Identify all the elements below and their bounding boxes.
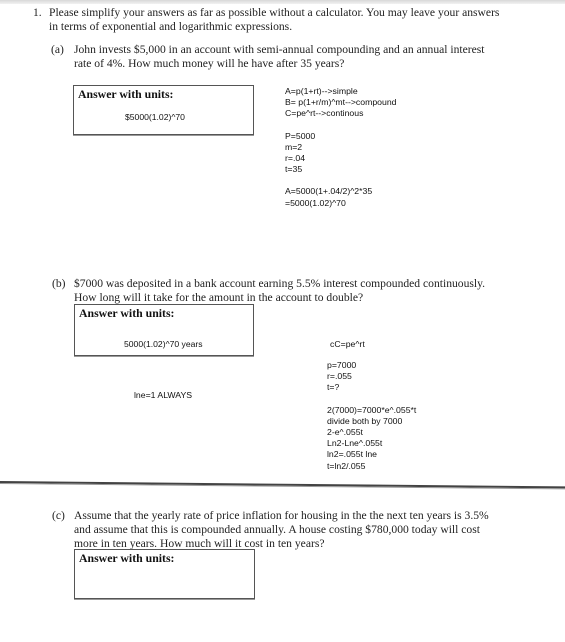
part-a-answer-value[interactable]: $5000(1.02)^70 bbox=[125, 112, 185, 122]
part-a-question-line-2: rate of 4%. How much money will he have … bbox=[74, 57, 344, 72]
formula-simple: A=p(1+rt)-->simple bbox=[285, 86, 397, 97]
part-c-label: (c) bbox=[52, 509, 65, 524]
part-a-answer-label: Answer with units: bbox=[78, 87, 173, 102]
part-a-question-line-1: John invests $5,000 in an account with s… bbox=[74, 43, 485, 58]
part-a-answer-box[interactable]: Answer with units: $5000(1.02)^70 bbox=[73, 85, 254, 135]
variable-m: m=2 bbox=[285, 142, 397, 153]
part-b-answer-value[interactable]: 5000(1.02)^70 years bbox=[124, 339, 203, 349]
solution-step-3: 2-e^.055t bbox=[327, 427, 416, 438]
part-b-answer-box[interactable]: Answer with units: 5000(1.02)^70 years bbox=[74, 304, 254, 356]
solution-step-4: Ln2-Lne^.055t bbox=[327, 438, 416, 449]
variable-p: p=7000 bbox=[327, 360, 416, 371]
variable-t: t=35 bbox=[285, 164, 397, 175]
part-b-question-line-1: $7000 was deposited in a bank account ea… bbox=[74, 277, 485, 292]
formula-compound: B= p(1+r/m)^mt-->compound bbox=[285, 97, 397, 108]
part-b-formula: cC=pe^rt bbox=[330, 339, 365, 350]
part-c-question-line-1: Assume that the yearly rate of price inf… bbox=[74, 509, 489, 524]
part-a-work: A=p(1+rt)-->simple B= p(1+r/m)^mt-->comp… bbox=[285, 86, 397, 209]
formula-continuous: C=pe^rt-->continous bbox=[285, 108, 397, 119]
variable-p: P=5000 bbox=[285, 131, 397, 142]
solution-step-2: =5000(1.02)^70 bbox=[285, 198, 397, 209]
part-c-answer-box[interactable]: Answer with units: bbox=[74, 549, 255, 599]
solution-step-6: t=ln2/.055 bbox=[327, 461, 416, 472]
scan-top-edge bbox=[0, 0, 565, 4]
solution-step-2: divide both by 7000 bbox=[327, 416, 416, 427]
variable-r: r=.04 bbox=[285, 153, 397, 164]
variable-r: r=.055 bbox=[327, 371, 416, 382]
solution-step-5: ln2=.055t lne bbox=[327, 449, 416, 460]
problem-intro-line-2: in terms of exponential and logarithmic … bbox=[49, 20, 292, 35]
part-a-label: (a) bbox=[51, 43, 64, 58]
problem-intro-line-1: Please simplify your answers as far as p… bbox=[49, 6, 499, 21]
part-b-work: p=7000 r=.055 t=? 2(7000)=7000*e^.055*t … bbox=[327, 360, 416, 472]
part-c-question-line-2: and assume that this is compounded annua… bbox=[74, 523, 480, 538]
part-b-label: (b) bbox=[52, 277, 66, 292]
part-c-answer-label: Answer with units: bbox=[79, 551, 174, 566]
solution-step-1: A=5000(1+.04/2)^2*35 bbox=[285, 186, 397, 197]
solution-step-1: 2(7000)=7000*e^.055*t bbox=[327, 405, 416, 416]
part-b-answer-label: Answer with units: bbox=[79, 306, 174, 321]
part-b-note: lne=1 ALWAYS bbox=[134, 390, 192, 401]
variable-t: t=? bbox=[327, 382, 416, 393]
problem-number: 1. bbox=[33, 6, 42, 21]
